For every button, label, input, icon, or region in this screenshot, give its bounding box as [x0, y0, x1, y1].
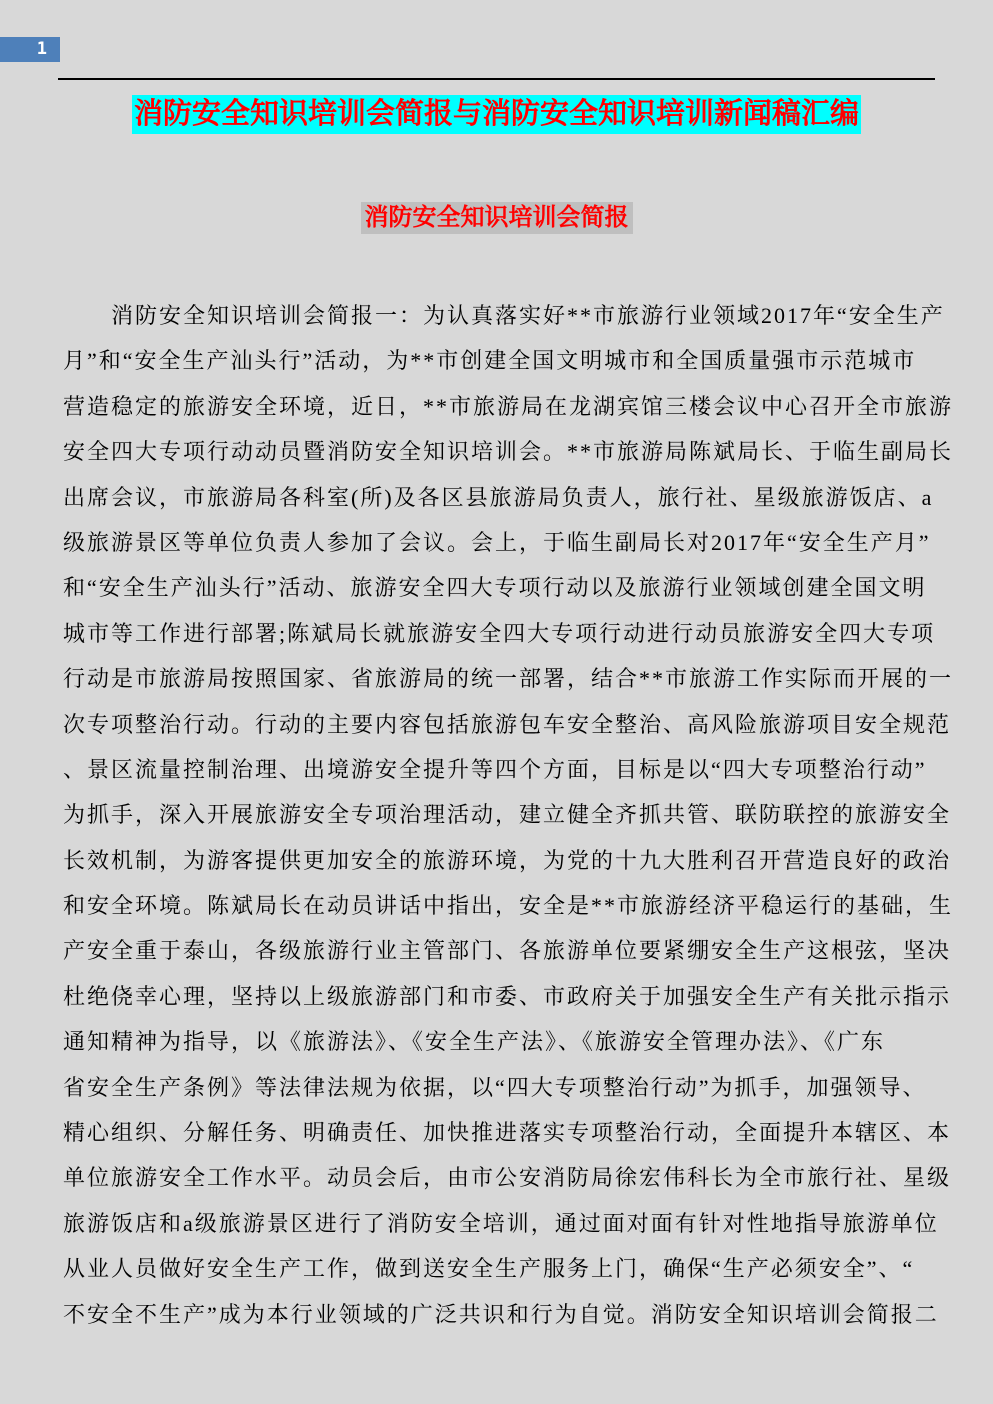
body-line: 消防安全知识培训会简报一：为认真落实好**市旅游行业领域2017年“安全生产: [63, 293, 985, 338]
body-line: 旅游饭店和a级旅游景区进行了消防安全培训，通过面对面有针对性地指导旅游单位: [63, 1201, 985, 1246]
subtitle-row: 消防安全知识培训会简报: [0, 202, 993, 234]
page-number-badge: 1: [0, 37, 60, 62]
body-line: 产安全重于泰山，各级旅游行业主管部门、各旅游单位要紧绷安全生产这根弦，坚决: [63, 928, 985, 973]
body-line: 营造稳定的旅游安全环境，近日，**市旅游局在龙湖宾馆三楼会议中心召开全市旅游: [63, 384, 985, 429]
body-line: 城市等工作进行部署;陈斌局长就旅游安全四大专项行动进行动员旅游安全四大专项: [63, 611, 985, 656]
body-line: 行动是市旅游局按照国家、省旅游局的统一部署，结合**市旅游工作实际而开展的一: [63, 656, 985, 701]
body-line: 不安全不生产”成为本行业领域的广泛共识和行为自觉。消防安全知识培训会简报二: [63, 1292, 985, 1337]
document-title: 消防安全知识培训会简报与消防安全知识培训新闻稿汇编: [132, 95, 861, 134]
body-line: 级旅游景区等单位负责人参加了会议。会上，于临生副局长对2017年“安全生产月”: [63, 520, 985, 565]
body-line: 月”和“安全生产汕头行”活动，为**市创建全国文明城市和全国质量强市示范城市: [63, 338, 985, 383]
body-line: 次专项整治行动。行动的主要内容包括旅游包车安全整治、高风险旅游项目安全规范: [63, 702, 985, 747]
body-line: 出席会议，市旅游局各科室(所)及各区县旅游局负责人，旅行社、星级旅游饭店、a: [63, 475, 985, 520]
body-line: 长效机制，为游客提供更加安全的旅游环境，为党的十九大胜利召开营造良好的政治: [63, 838, 985, 883]
body-line: 通知精神为指导，以《旅游法》、《安全生产法》、《旅游安全管理办法》、《广东: [63, 1019, 985, 1064]
body-line: 单位旅游安全工作水平。动员会后，由市公安消防局徐宏伟科长为全市旅行社、星级: [63, 1155, 985, 1200]
body-line: 为抓手，深入开展旅游安全专项治理活动，建立健全齐抓共管、联防联控的旅游安全: [63, 792, 985, 837]
body-line: 精心组织、分解任务、明确责任、加快推进落实专项整治行动，全面提升本辖区、本: [63, 1110, 985, 1155]
body-line: 杜绝侥幸心理，坚持以上级旅游部门和市委、市政府关于加强安全生产有关批示指示: [63, 974, 985, 1019]
title-row: 消防安全知识培训会简报与消防安全知识培训新闻稿汇编: [0, 95, 993, 134]
body-line: 和安全环境。陈斌局长在动员讲话中指出，安全是**市旅游经济平稳运行的基础，生: [63, 883, 985, 928]
body-line: 、景区流量控制治理、出境游安全提升等四个方面，目标是以“四大专项整治行动”: [63, 747, 985, 792]
body-line: 安全四大专项行动动员暨消防安全知识培训会。**市旅游局陈斌局长、于临生副局长: [63, 429, 985, 474]
body-paragraph: 消防安全知识培训会简报一：为认真落实好**市旅游行业领域2017年“安全生产 月…: [63, 293, 985, 1337]
body-line: 和“安全生产汕头行”活动、旅游安全四大专项行动以及旅游行业领域创建全国文明: [63, 565, 985, 610]
header-rule: [58, 78, 935, 80]
body-line: 省安全生产条例》等法律法规为依据，以“四大专项整治行动”为抓手，加强领导、: [63, 1065, 985, 1110]
section-title: 消防安全知识培训会简报: [361, 202, 633, 234]
body-line: 从业人员做好安全生产工作，做到送安全生产服务上门，确保“生产必须安全”、“: [63, 1246, 985, 1291]
